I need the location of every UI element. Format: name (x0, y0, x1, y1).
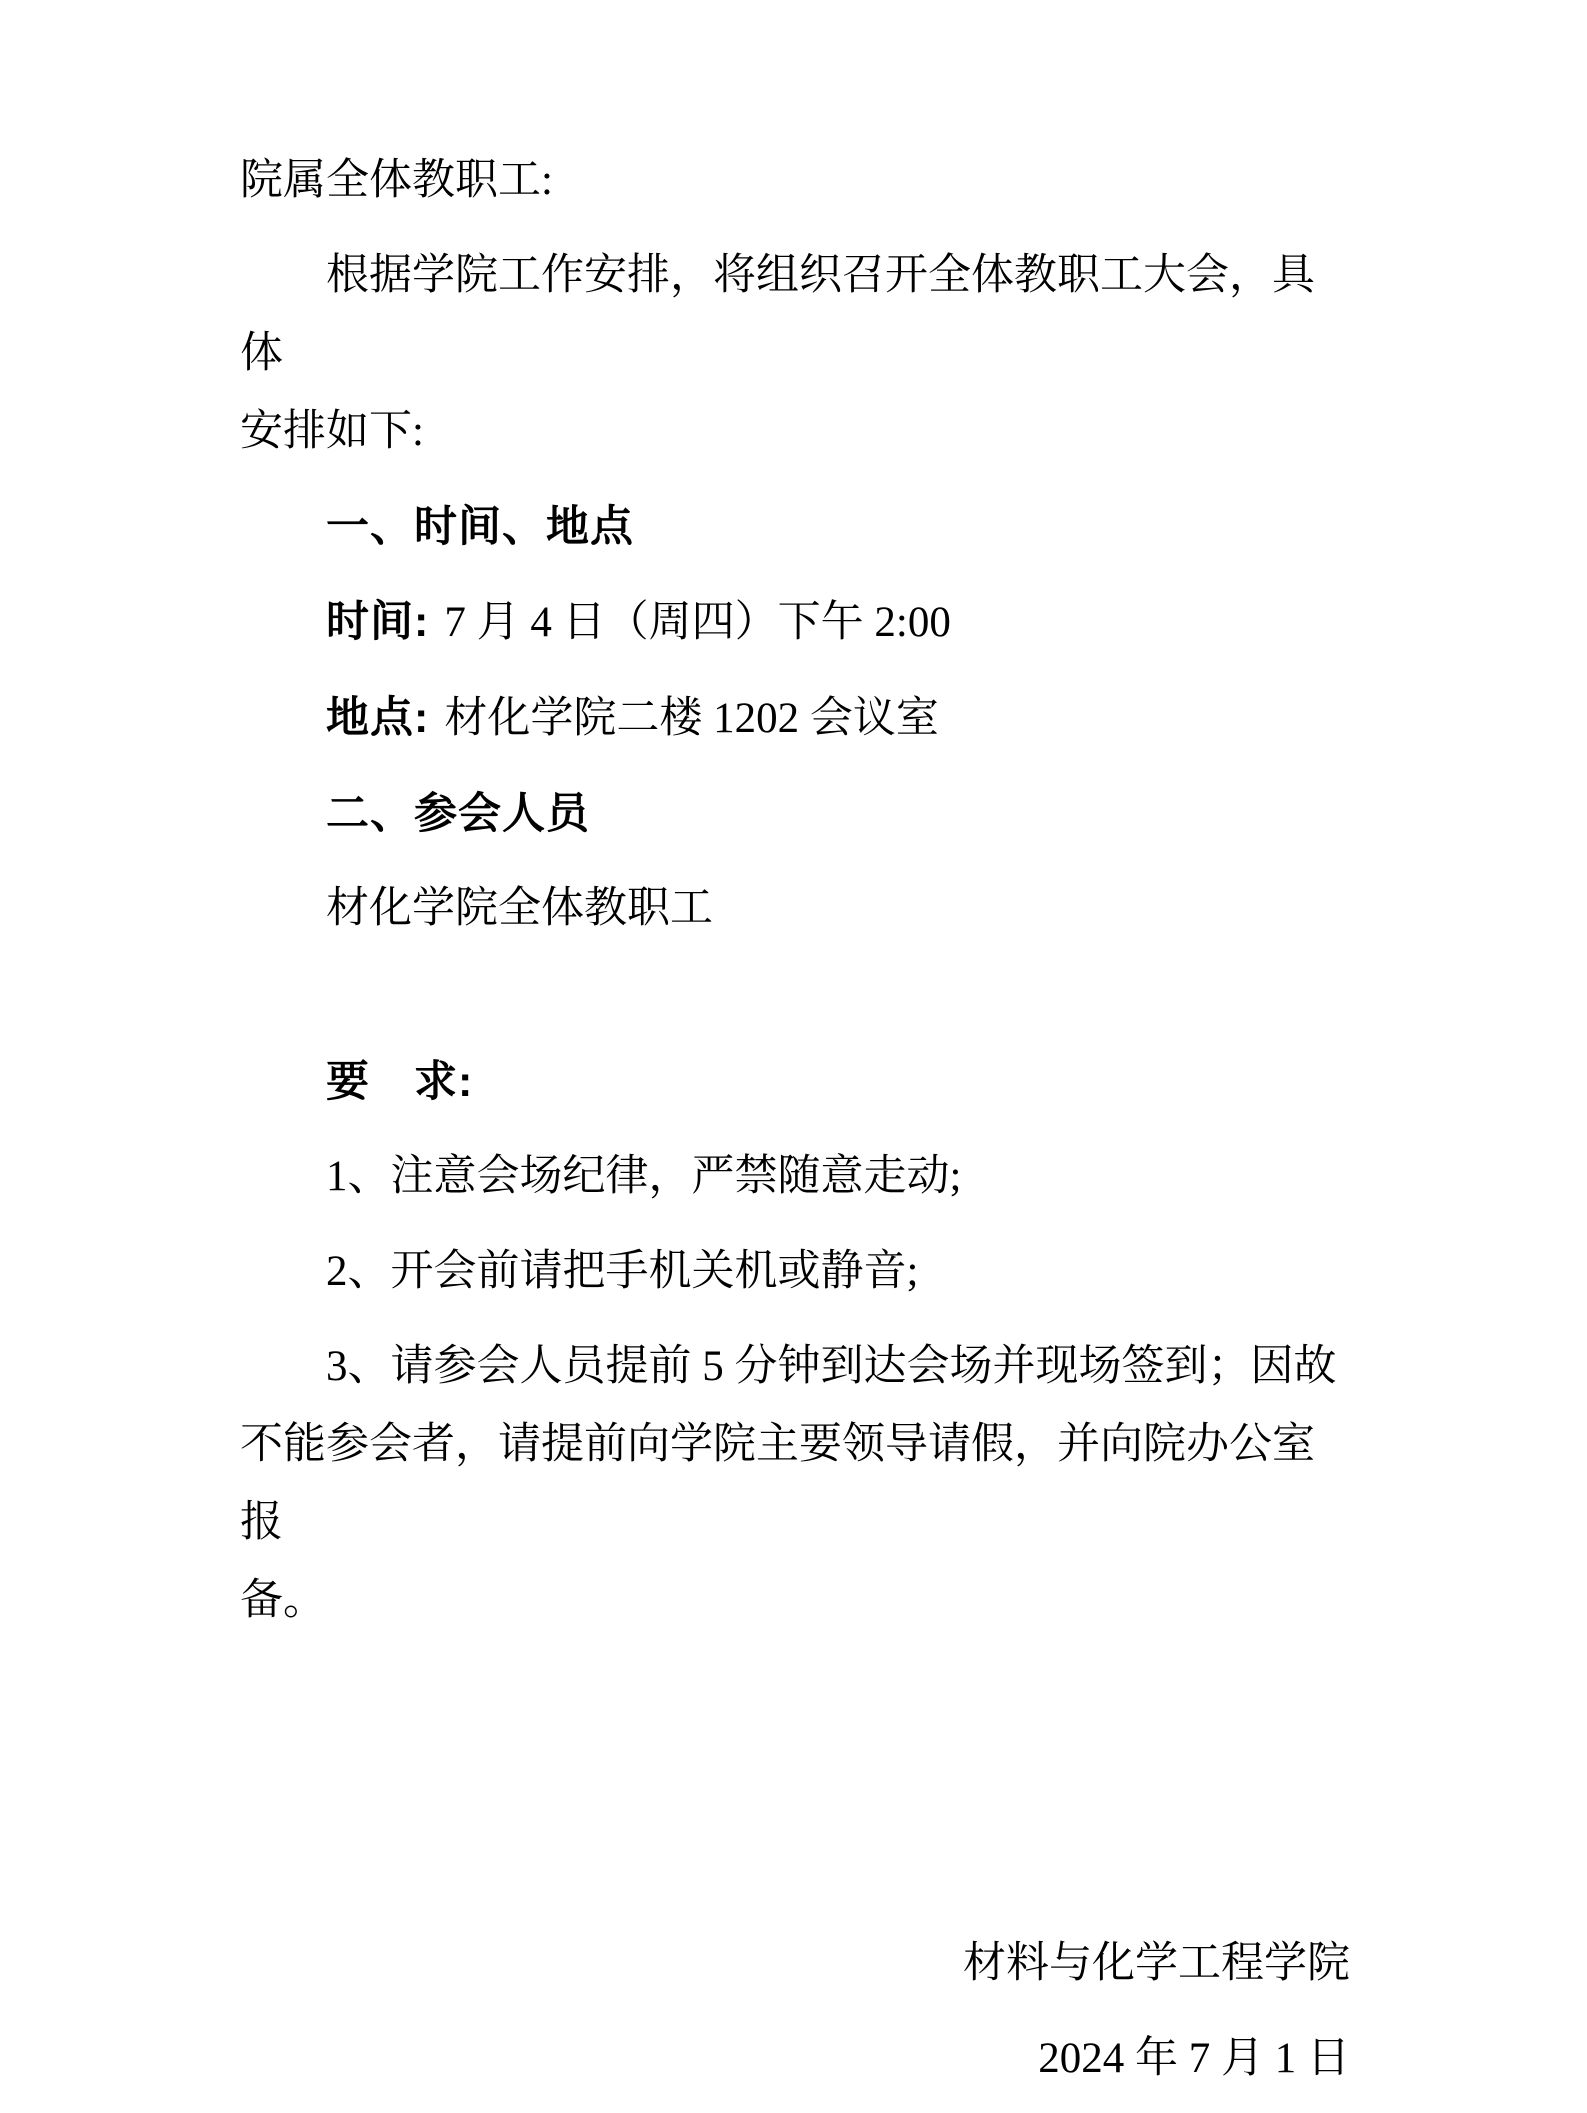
requirement-item-3: 3、请参会人员提前 5 分钟到达会场并现场签到；因故 不能参会者，请提前向学院主… (240, 1328, 1350, 1640)
requirement-3-line-3: 备。 (240, 1562, 1350, 1640)
signature-date: 2024 年 7 月 1 日 (240, 2020, 1350, 2098)
section-heading-time-place: 一、时间、地点 (240, 488, 1350, 566)
time-line: 时间:7 月 4 日（周四）下午 2:00 (240, 583, 1350, 662)
place-value: 材化学院二楼 1202 会议室 (444, 695, 939, 742)
signature-org: 材料与化学工程学院 (240, 1925, 1350, 2003)
time-value: 7 月 4 日（周四）下午 2:00 (444, 599, 950, 646)
intro-line-1: 根据学院工作安排，将组织召开全体教职工大会，具体 (240, 237, 1350, 393)
requirement-item-1: 1、注意会场纪律，严禁随意走动; (240, 1138, 1350, 1216)
requirements-heading: 要 求: (240, 1043, 1350, 1121)
requirement-item-2: 2、开会前请把手机关机或静音; (240, 1233, 1350, 1311)
requirement-3-line-2: 不能参会者，请提前向学院主要领导请假，并向院办公室报 (240, 1406, 1350, 1562)
time-label: 时间: (326, 598, 429, 646)
requirement-3-line-1: 3、请参会人员提前 5 分钟到达会场并现场签到；因故 (240, 1328, 1350, 1406)
attendees-line: 材化学院全体教职工 (240, 870, 1350, 948)
place-line: 地点:材化学院二楼 1202 会议室 (240, 679, 1350, 758)
notice-document: 院属全体教职工: 根据学院工作安排，将组织召开全体教职工大会，具体 安排如下: … (240, 142, 1350, 2113)
salutation: 院属全体教职工: (240, 142, 1350, 220)
intro-line-2: 安排如下: (240, 393, 1350, 471)
section-heading-attendees: 二、参会人员 (240, 775, 1350, 853)
intro-paragraph: 根据学院工作安排，将组织召开全体教职工大会，具体 安排如下: (240, 237, 1350, 471)
place-label: 地点: (326, 694, 429, 742)
